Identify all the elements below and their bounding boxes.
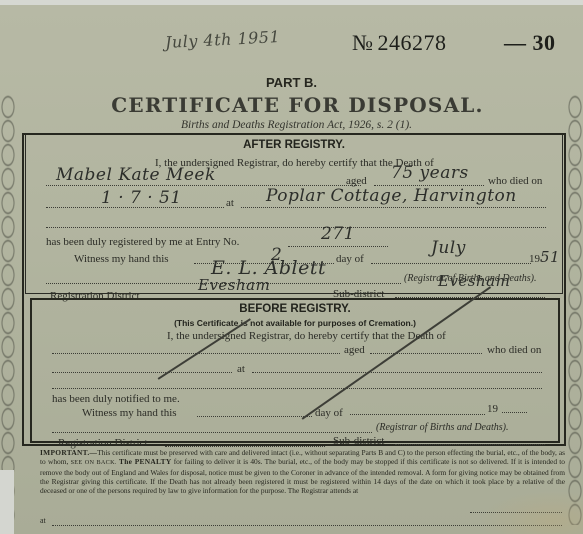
before-at-label: at: [237, 363, 245, 375]
see-on-back: SEE ON BACK.: [71, 459, 117, 466]
after-registry-heading: AFTER REGISTRY.: [26, 139, 562, 151]
before-registry-heading: BEFORE REGISTRY.: [32, 303, 558, 315]
before-district-field-line: [165, 446, 325, 447]
blank-field-line: [46, 227, 546, 228]
part-label: PART B.: [0, 75, 583, 90]
before-subdistrict-field-line: [395, 444, 545, 445]
certificate-title: CERTIFICATE FOR DISPOSAL.: [0, 93, 583, 117]
before-died-on-label: who died on: [487, 344, 541, 356]
notified-label: has been duly notified to me.: [52, 393, 180, 405]
before-month-field-line: [350, 414, 485, 415]
before-year-field-line: [502, 412, 527, 413]
before-signature-line: [52, 432, 372, 433]
penalty-lead: The PENALTY: [119, 457, 172, 466]
notice-at-label: at: [40, 516, 46, 525]
cert-number-value: 246278: [378, 30, 447, 55]
before-registry-section: BEFORE REGISTRY. (This Certificate is no…: [30, 298, 560, 443]
place-field-line: [241, 207, 546, 208]
important-lead: IMPORTANT.—: [40, 448, 97, 457]
right-decorative-border: [567, 95, 583, 525]
deceased-age: 75 years: [391, 163, 469, 183]
paper-stain: [480, 490, 583, 534]
cremation-note: (This Certificate is not available for p…: [32, 318, 558, 328]
month-field-line: [371, 263, 531, 264]
year-prefix: 19: [529, 253, 540, 265]
before-registrar-label: (Registrar of Births and Deaths).: [376, 422, 509, 433]
before-blank-line: [52, 388, 542, 389]
number-sign: №: [352, 30, 374, 55]
witness-year: 51: [540, 248, 560, 266]
before-witness-label: Witness my hand this: [82, 407, 177, 419]
before-day-of-label: day of: [315, 407, 343, 419]
before-subdistrict-label: Sub-district: [333, 435, 384, 447]
before-place-field-line: [252, 372, 542, 373]
cert-number-suffix: — 30: [504, 30, 556, 56]
entry-no-field-line: [288, 246, 388, 247]
important-notice: IMPORTANT.—This certificate must be pres…: [40, 448, 565, 495]
after-registry-section: AFTER REGISTRY. I, the undersigned Regis…: [25, 135, 563, 294]
death-date: 1 · 7 · 51: [101, 188, 182, 208]
certificate-number: №246278 — 30: [352, 30, 447, 56]
place-of-death: Poplar Cottage, Harvington: [266, 186, 517, 206]
at-label: at: [226, 197, 234, 209]
deceased-name: Mabel Kate Meek: [56, 165, 216, 185]
day-of-label: day of: [336, 253, 364, 265]
entry-number: 271: [321, 224, 355, 244]
witness-month: July: [431, 238, 466, 258]
witness-label: Witness my hand this: [74, 253, 169, 265]
before-year-prefix: 19: [487, 403, 498, 415]
before-intro-text: I, the undersigned Registrar, do hereby …: [167, 330, 446, 342]
registration-district: Evesham: [198, 276, 270, 294]
act-reference: Births and Deaths Registration Act, 1926…: [0, 119, 583, 131]
left-decorative-border: [0, 95, 16, 525]
before-day-field-line: [197, 416, 312, 417]
paper-torn-edge: [0, 470, 14, 534]
before-age-field-line: [370, 353, 482, 354]
before-aged-label: aged: [344, 344, 365, 356]
before-date-field-line: [52, 372, 232, 373]
sub-district: Evesham: [438, 272, 510, 290]
registered-label: has been duly registered by me at Entry …: [46, 236, 239, 248]
